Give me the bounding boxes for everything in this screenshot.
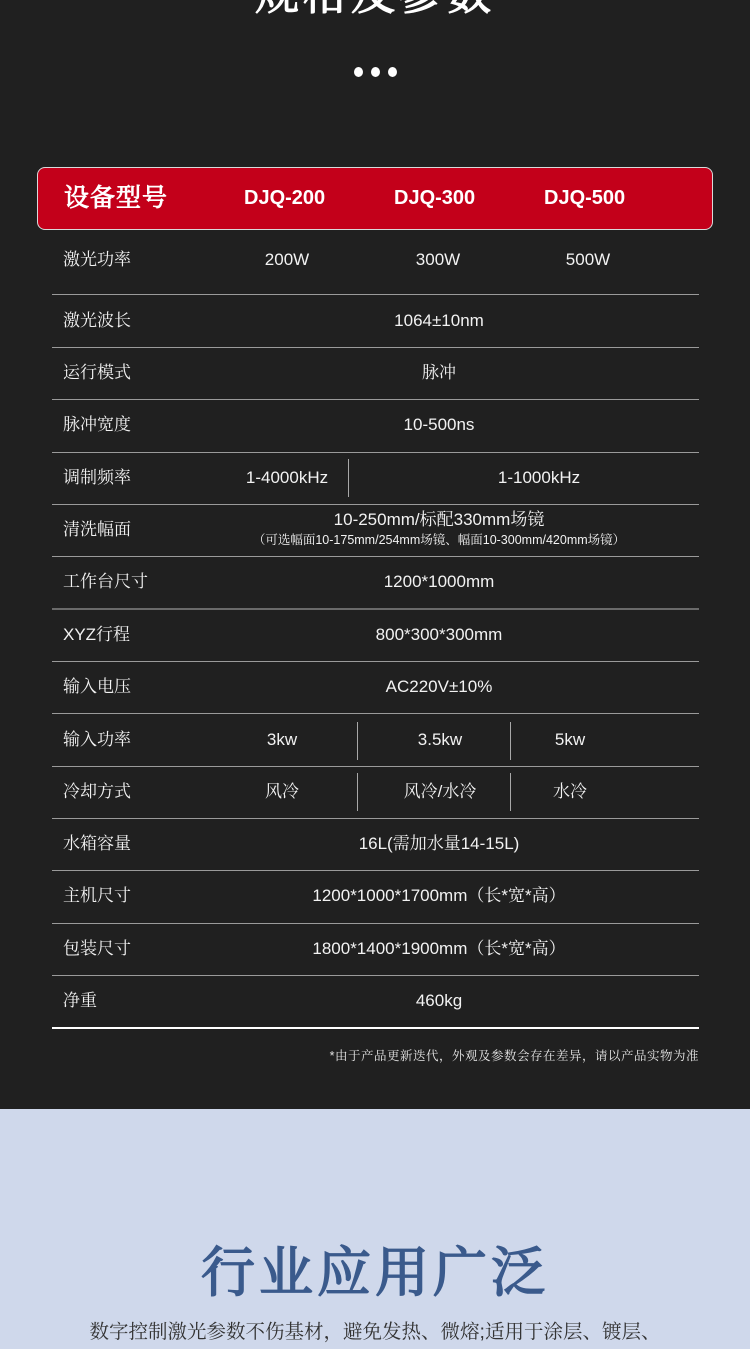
spec-row-water-tank: 水箱容量 16L(需加水量14-15L) — [52, 819, 699, 871]
model-name: DJQ-200 — [244, 168, 325, 229]
spec-row-table-size: 工作台尺寸 1200*1000mm — [52, 557, 699, 610]
spec-row-modulation-frequency: 调制频率 1-4000kHz 1-1000kHz — [52, 453, 699, 505]
column-divider — [357, 722, 358, 760]
application-description: 数字控制激光参数不伤基材，避免发热、微熔;适用于涂层、镀层、 — [0, 1319, 750, 1345]
spec-value: 460kg — [252, 976, 626, 1026]
spec-label: 水箱容量 — [63, 819, 131, 869]
spec-label: 工作台尺寸 — [63, 557, 148, 607]
model-name: DJQ-300 — [394, 168, 475, 229]
spec-value: 800*300*300mm — [252, 610, 626, 660]
spec-row-xyz-travel: XYZ行程 800*300*300mm — [52, 610, 699, 662]
application-title: 行业应用广泛 — [0, 1240, 750, 1306]
spec-row-cleaning-width: 清洗幅面 10-250mm/标配330mm场镜 （可选幅面10-175mm/25… — [52, 505, 699, 557]
dot-icon — [371, 67, 380, 77]
column-divider — [348, 459, 349, 497]
spec-value: 3.5kw — [390, 714, 490, 766]
spec-label: 主机尺寸 — [63, 871, 131, 921]
disclaimer-note: *由于产品更新迭代，外观及参数会存在差异，请以产品实物为准 — [330, 1046, 699, 1064]
spec-row-input-voltage: 输入电压 AC220V±10% — [52, 662, 699, 714]
spec-row-net-weight: 净重 460kg — [52, 976, 699, 1029]
spec-label: 包装尺寸 — [63, 924, 131, 974]
spec-row-cooling: 冷却方式 风冷 风冷/水冷 水冷 — [52, 767, 699, 819]
spec-row-wavelength: 激光波长 1064±10nm — [52, 295, 699, 348]
spec-value: 脉冲 — [252, 348, 626, 398]
section-title: 规格及参数 — [0, 0, 750, 20]
spec-value: AC220V±10% — [252, 662, 626, 712]
spec-label: 运行模式 — [63, 348, 131, 398]
decorative-dots — [0, 67, 750, 77]
spec-value: 1200*1000mm — [252, 557, 626, 607]
spec-label: 激光功率 — [63, 230, 131, 290]
spec-row-machine-size: 主机尺寸 1200*1000*1700mm（长*宽*高） — [52, 871, 699, 924]
spec-value: 5kw — [520, 714, 620, 766]
spec-value: 3kw — [232, 714, 332, 766]
spec-row-laser-power: 激光功率 200W 300W 500W — [52, 230, 699, 295]
spec-value: 1064±10nm — [252, 295, 626, 347]
column-divider — [510, 773, 511, 811]
spec-label: 调制频率 — [63, 453, 131, 503]
spec-value: 1-1000kHz — [452, 453, 626, 503]
spec-label: 脉冲宽度 — [63, 400, 131, 450]
model-header-label: 设备型号 — [64, 168, 168, 229]
spec-value: 10-250mm/标配330mm场镜 — [202, 510, 676, 530]
spec-value: 10-500ns — [252, 400, 626, 450]
dot-icon — [354, 67, 363, 77]
model-header-bar: 设备型号 DJQ-200 DJQ-300 DJQ-500 — [37, 167, 713, 230]
spec-value: 1-4000kHz — [222, 453, 352, 503]
spec-value: 风冷 — [232, 767, 332, 817]
spec-label: 输入功率 — [63, 714, 131, 766]
spec-value: 风冷/水冷 — [390, 767, 490, 817]
spec-value: 16L(需加水量14-15L) — [252, 819, 626, 869]
column-divider — [510, 722, 511, 760]
spec-table: 激光功率 200W 300W 500W 激光波长 1064±10nm 运行模式 … — [52, 230, 699, 1029]
spec-value: 200W — [237, 230, 337, 290]
spec-value: 水冷 — [520, 767, 620, 817]
spec-row-package-size: 包装尺寸 1800*1400*1900mm（长*宽*高） — [52, 924, 699, 976]
spec-label: 激光波长 — [63, 295, 131, 347]
spec-label: XYZ行程 — [63, 610, 130, 660]
spec-label: 输入电压 — [63, 662, 131, 712]
spec-value: 300W — [388, 230, 488, 290]
column-divider — [357, 773, 358, 811]
spec-value: 1200*1000*1700mm（长*宽*高） — [202, 871, 676, 921]
dot-icon — [388, 67, 397, 77]
spec-value: 1800*1400*1900mm（长*宽*高） — [202, 924, 676, 974]
spec-subvalue: （可选幅面10-175mm/254mm场镜、幅面10-300mm/420mm场镜… — [202, 532, 676, 548]
spec-label: 冷却方式 — [63, 767, 131, 817]
spec-label: 净重 — [63, 976, 97, 1026]
spec-value: 500W — [538, 230, 638, 290]
model-name: DJQ-500 — [544, 168, 625, 229]
spec-row-mode: 运行模式 脉冲 — [52, 348, 699, 400]
spec-row-input-power: 输入功率 3kw 3.5kw 5kw — [52, 714, 699, 767]
spec-row-pulse-width: 脉冲宽度 10-500ns — [52, 400, 699, 453]
spec-label: 清洗幅面 — [63, 505, 131, 555]
application-section — [0, 1109, 750, 1349]
